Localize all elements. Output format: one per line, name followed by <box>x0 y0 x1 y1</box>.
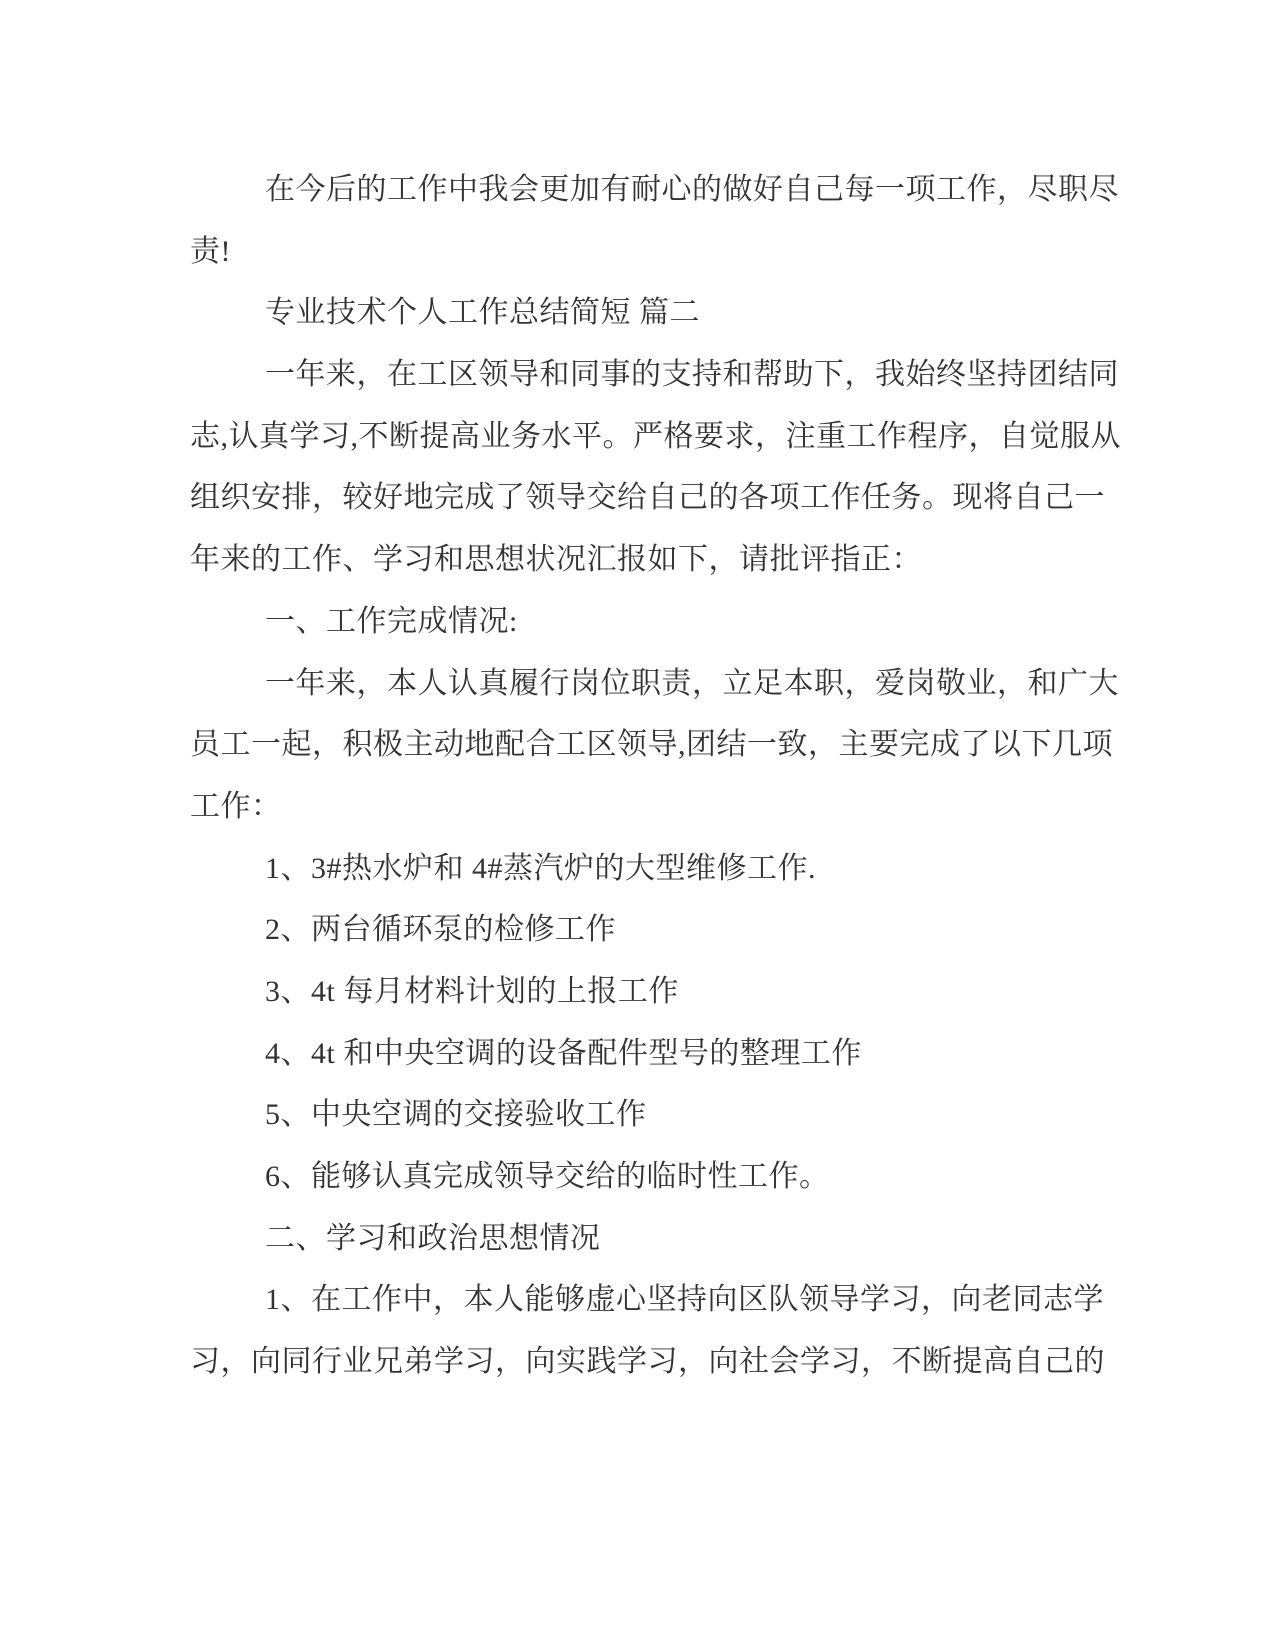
text-line: 员工一起，积极主动地配合工区领导,团结一致，主要完成了以下几项 <box>190 714 1110 776</box>
text-line: 二、学习和政治思想情况 <box>190 1208 1110 1270</box>
text-line: 2、两台循环泵的检修工作 <box>190 899 1110 961</box>
document-content: 在今后的工作中我会更加有耐心的做好自己每一项工作，尽职尽责!专业技术个人工作总结… <box>190 159 1110 1393</box>
text-line: 年来的工作、学习和思想状况汇报如下，请批评指正： <box>190 529 1110 591</box>
text-line: 5、中央空调的交接验收工作 <box>190 1084 1110 1146</box>
text-line: 工作： <box>190 776 1110 838</box>
text-line: 责! <box>190 221 1110 283</box>
text-line: 习，向同行业兄弟学习，向实践学习，向社会学习，不断提高自己的 <box>190 1331 1110 1393</box>
document-page: 在今后的工作中我会更加有耐心的做好自己每一项工作，尽职尽责!专业技术个人工作总结… <box>0 0 1275 1650</box>
text-line: 4、4t 和中央空调的设备配件型号的整理工作 <box>190 1023 1110 1085</box>
text-line: 一年来，在工区领导和同事的支持和帮助下，我始终坚持团结同 <box>190 344 1110 406</box>
text-line: 1、在工作中，本人能够虚心坚持向区队领导学习，向老同志学 <box>190 1269 1110 1331</box>
text-line: 专业技术个人工作总结简短 篇二 <box>190 282 1110 344</box>
text-line: 在今后的工作中我会更加有耐心的做好自己每一项工作，尽职尽 <box>190 159 1110 221</box>
text-line: 3、4t 每月材料计划的上报工作 <box>190 961 1110 1023</box>
text-line: 1、3#热水炉和 4#蒸汽炉的大型维修工作. <box>190 838 1110 900</box>
text-line: 组织安排，较好地完成了领导交给自己的各项工作任务。现将自己一 <box>190 467 1110 529</box>
text-line: 6、能够认真完成领导交给的临时性工作。 <box>190 1146 1110 1208</box>
text-line: 志,认真学习,不断提高业务水平。严格要求，注重工作程序，自觉服从 <box>190 406 1110 468</box>
text-line: 一年来，本人认真履行岗位职责，立足本职，爱岗敬业，和广大 <box>190 653 1110 715</box>
text-line: 一、工作完成情况: <box>190 591 1110 653</box>
